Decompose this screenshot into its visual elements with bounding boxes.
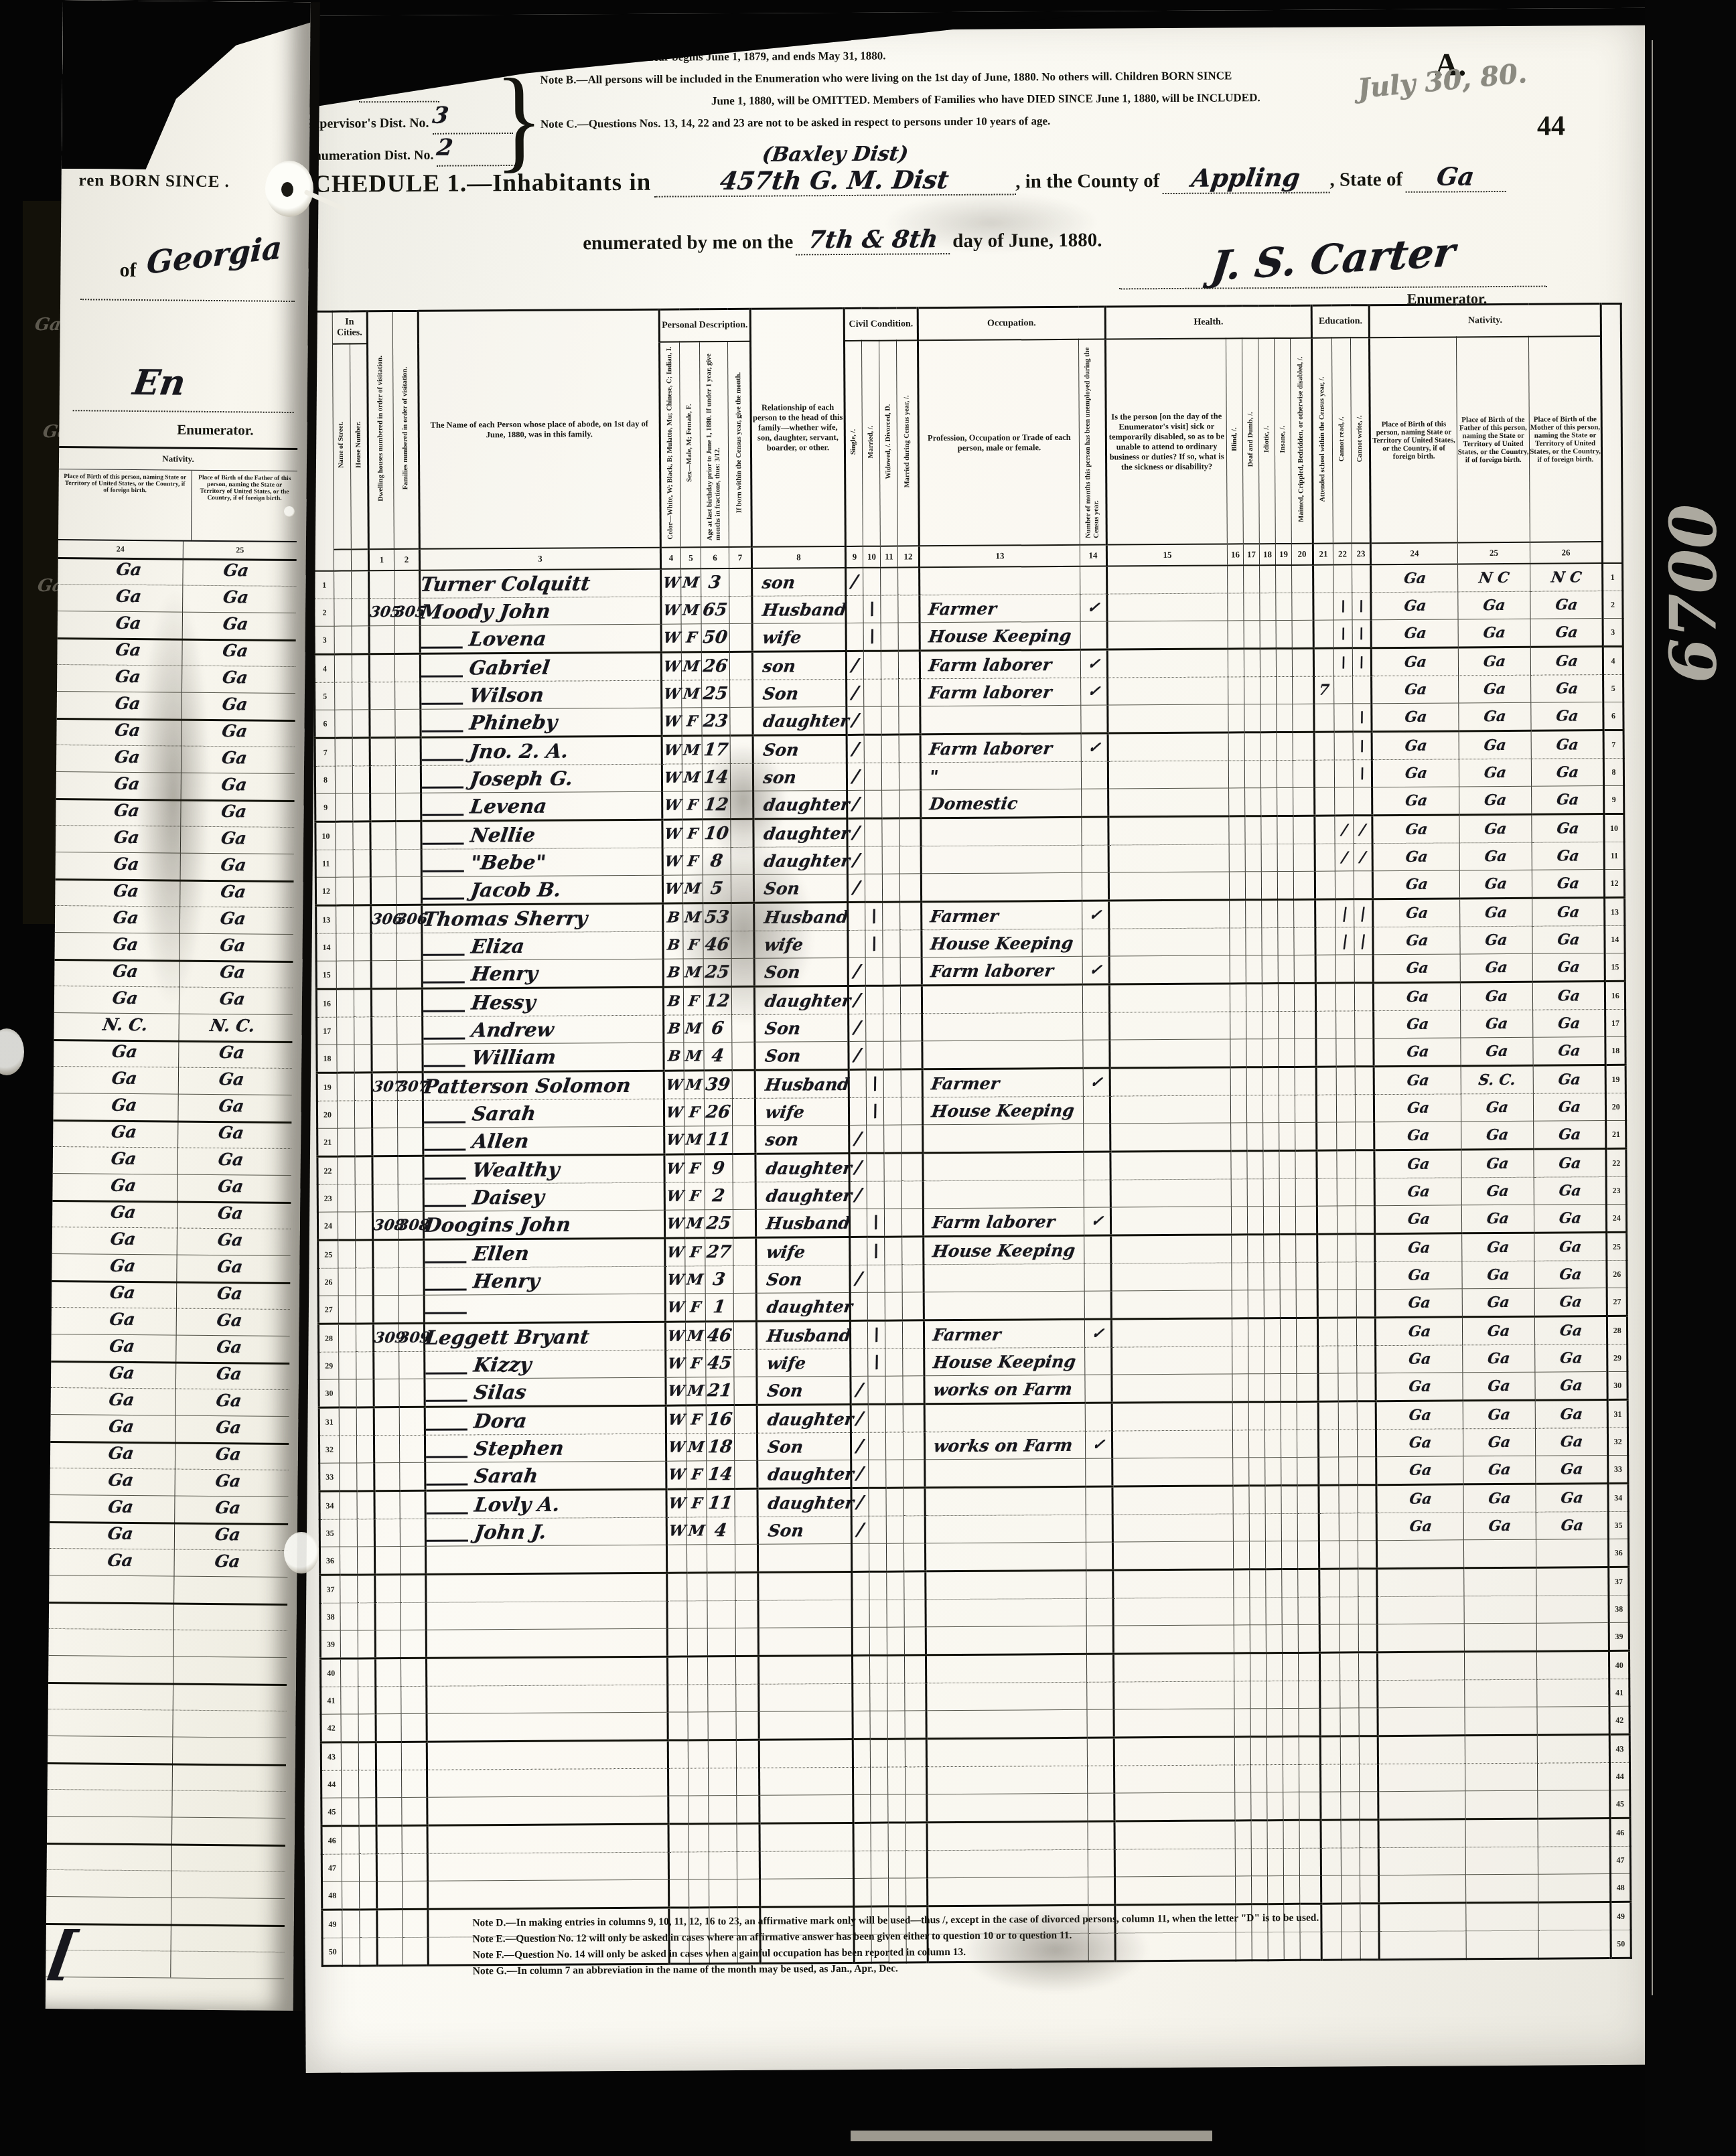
cell-color	[666, 1545, 686, 1573]
cell-widowed	[881, 623, 898, 651]
fragment-col-b-number: 25	[184, 541, 297, 559]
bp_person-handwriting: Ga	[1403, 708, 1428, 726]
cell-family	[399, 1267, 424, 1295]
row-number: 37	[1609, 1567, 1629, 1595]
cell-street	[342, 1798, 359, 1826]
cell-single	[849, 1069, 866, 1097]
cell-months_unemployed	[1085, 1347, 1112, 1375]
cell-married_year	[901, 1125, 923, 1153]
ditto-dash	[422, 786, 463, 788]
color-handwriting: W	[662, 685, 681, 702]
cell-cannot_write	[1359, 1652, 1378, 1681]
bp_mother-handwriting: Ga	[1559, 1460, 1584, 1478]
cell-single: /	[851, 1516, 869, 1543]
cell-name: Hessy	[422, 987, 663, 1016]
sex-handwriting: F	[689, 1355, 702, 1372]
name-handwriting: Levena	[469, 796, 548, 817]
cell-months_unemployed	[1080, 621, 1107, 649]
occupation-handwriting: Farmer	[922, 1073, 1001, 1093]
bp_mother-handwriting: Ga	[1559, 1405, 1584, 1423]
sex-handwriting: F	[691, 1494, 703, 1512]
cell-bp_mother	[1536, 1567, 1609, 1596]
cell-bp_person: Ga	[1376, 1456, 1463, 1485]
bp_father-handwriting: Ga	[1485, 1015, 1510, 1032]
enumeration-dist-value: 2	[435, 135, 455, 161]
cell-months_unemployed	[1088, 1877, 1115, 1905]
age-handwriting: 25	[705, 1213, 732, 1233]
name-handwriting: Eliza	[469, 936, 525, 957]
cell-bp_mother: Ga	[1534, 1261, 1607, 1289]
sex-handwriting: M	[686, 1271, 705, 1288]
cell-name	[427, 1740, 668, 1770]
cell-cannot_write	[1356, 1122, 1374, 1150]
cell-sickness	[1114, 1653, 1234, 1682]
cell-cannot_write	[1354, 787, 1372, 816]
cell-street	[337, 1101, 354, 1128]
cell-dwelling	[376, 1714, 401, 1742]
cell-months_unemployed	[1086, 1542, 1112, 1570]
cell-bp_mother	[1538, 1790, 1610, 1819]
row-number: 39	[1609, 1622, 1629, 1650]
cell-cannot_read	[1337, 1206, 1356, 1234]
cell-name: Henry	[424, 1266, 665, 1295]
single-handwriting: /	[851, 739, 861, 759]
cell-color: W	[664, 1210, 684, 1238]
cell-age: 46	[705, 1322, 733, 1350]
cell-bp_person: Ga	[1376, 1317, 1463, 1346]
fragment-birthplace-b: Ga	[217, 1067, 246, 1091]
cell-cannot_read	[1340, 1597, 1358, 1624]
cell-attended	[1318, 1373, 1338, 1401]
cell-idiotic	[1266, 1625, 1282, 1653]
cell-bp_mother: Ga	[1533, 1037, 1605, 1066]
cell-attended	[1320, 1681, 1340, 1708]
fragment-row: GaGa	[53, 1146, 291, 1176]
relationship-handwriting: daughter	[753, 710, 851, 730]
cell-street	[342, 1770, 359, 1798]
row-number: 29	[1607, 1344, 1627, 1371]
cell-idiotic	[1266, 1569, 1282, 1598]
row-number: 26	[1607, 1260, 1627, 1288]
cell-insane	[1283, 1708, 1299, 1736]
cell-bp_mother	[1538, 1819, 1610, 1847]
cell-insane	[1283, 1681, 1299, 1708]
cell-relationship	[758, 1571, 852, 1600]
single-handwriting: /	[856, 1492, 865, 1513]
cell-cannot_write	[1355, 1038, 1374, 1067]
age-handwriting: 18	[707, 1437, 733, 1457]
dotted-rule	[73, 410, 294, 413]
relationship-handwriting: daughter	[756, 1296, 854, 1316]
cell-street	[336, 933, 354, 961]
cell-months_unemployed	[1087, 1682, 1114, 1709]
cell-house	[359, 1854, 376, 1881]
cell-bp_mother: Ga	[1532, 982, 1605, 1010]
cell-color: W	[666, 1350, 686, 1377]
cell-color: W	[665, 1238, 685, 1266]
name-handwriting: William	[471, 1047, 558, 1068]
cell-relationship: Son	[755, 1041, 849, 1070]
sex-handwriting: M	[682, 741, 701, 759]
cell-house	[352, 599, 369, 626]
cell-bp_father: Ga	[1461, 1177, 1534, 1205]
sex-handwriting: M	[686, 1327, 705, 1344]
age-handwriting: 4	[713, 1521, 728, 1541]
cell-bp_person: Ga	[1372, 676, 1459, 704]
cell-deaf	[1248, 1346, 1264, 1374]
cell-married_year	[904, 1627, 926, 1655]
cell-married: \	[867, 1237, 885, 1265]
cell-relationship: son	[752, 651, 846, 680]
column-number-family: 2	[394, 549, 419, 570]
fragment-birthplace-b: Ga	[216, 1174, 245, 1199]
cell-sickness	[1108, 844, 1229, 872]
census-schedule-page: [7-296.] A. July 30, 80. 44 Page No. 37 …	[293, 8, 1660, 2073]
cell-married_year	[903, 1488, 925, 1516]
cell-born_month	[733, 1237, 756, 1265]
cell-married	[870, 1683, 887, 1711]
cell-married	[870, 1655, 887, 1683]
cell-widowed	[882, 818, 899, 846]
cell-maimed	[1295, 1178, 1317, 1206]
married-handwriting: \	[867, 599, 877, 619]
cell-married_year	[905, 1739, 926, 1767]
row-number: 2	[1603, 591, 1623, 618]
cell-cannot_write	[1358, 1513, 1376, 1541]
cell-cannot_write: \	[1353, 760, 1372, 787]
cell-widowed	[887, 1571, 904, 1600]
cell-deaf	[1251, 1792, 1267, 1821]
column-number-maimed: 20	[1291, 544, 1313, 565]
cell-bp_person: Ga	[1373, 899, 1460, 927]
cell-sex	[688, 1740, 708, 1768]
single-handwriting: /	[853, 961, 862, 982]
cell-color: W	[661, 568, 681, 597]
cell-cannot_read	[1334, 760, 1353, 787]
cell-single	[853, 1683, 870, 1711]
cell-bp_person: Ga	[1371, 592, 1458, 620]
cell-sex: F	[681, 624, 701, 652]
occupation-handwriting: Farm laborer	[920, 682, 1053, 702]
cell-sex	[689, 1768, 709, 1796]
cell-blind	[1230, 1095, 1246, 1123]
name-handwriting: Dora	[473, 1411, 528, 1432]
bp_mother-handwriting: Ga	[1559, 1377, 1583, 1394]
bp_mother-handwriting: Ga	[1556, 903, 1581, 921]
single-handwriting: /	[851, 710, 861, 730]
row-number: 8	[315, 766, 335, 793]
cell-occupation: works on Farm	[924, 1431, 1085, 1459]
cell-widowed	[881, 706, 899, 735]
cell-blind	[1234, 1598, 1250, 1625]
cell-relationship: daughter	[755, 1153, 849, 1182]
cell-insane	[1282, 1597, 1298, 1624]
cell-maimed	[1294, 983, 1315, 1011]
cell-insane	[1277, 871, 1293, 899]
cell-maimed	[1299, 1820, 1321, 1848]
cell-cannot_read	[1337, 1122, 1356, 1150]
fragment-birthplace-b: Ga	[216, 1201, 245, 1225]
cell-born_month	[734, 1433, 757, 1460]
fragment-row: GaGa	[50, 1468, 289, 1497]
cell-maimed	[1298, 1541, 1319, 1569]
cell-blind	[1234, 1541, 1250, 1569]
cell-cannot_write	[1360, 1792, 1378, 1820]
cell-married_year	[898, 651, 920, 679]
cell-relationship: wife	[755, 1097, 849, 1126]
cell-family	[398, 1156, 423, 1184]
cell-house	[353, 793, 370, 822]
cell-months_unemployed	[1082, 845, 1108, 872]
row-number: 22	[317, 1156, 338, 1184]
cell-house	[354, 989, 371, 1017]
cell-attended	[1317, 1178, 1337, 1206]
cell-bp_person: Ga	[1372, 787, 1459, 816]
cell-sickness	[1107, 649, 1228, 678]
column-number-blind: 16	[1227, 544, 1243, 565]
cell-blind	[1232, 1430, 1248, 1458]
relationship-handwriting: daughter	[757, 1464, 855, 1484]
row-number: 2	[314, 599, 334, 626]
cell-born_month	[737, 1851, 759, 1879]
cell-color	[668, 1768, 689, 1796]
cell-sex: M	[684, 1126, 705, 1154]
cell-blind	[1228, 704, 1244, 733]
cell-bp_mother: Ga	[1532, 786, 1604, 815]
cell-sickness	[1107, 593, 1228, 621]
cell-bp_person: Ga	[1376, 1373, 1463, 1401]
cell-house	[353, 850, 370, 877]
color-handwriting: W	[666, 1215, 684, 1232]
bp_father-handwriting: Ga	[1484, 820, 1508, 838]
cell-sex: M	[686, 1517, 707, 1545]
cell-street	[334, 626, 352, 654]
cell-insane	[1281, 1485, 1297, 1513]
sex-handwriting: F	[689, 1243, 701, 1261]
cell-age	[709, 1879, 737, 1908]
cell-age: 14	[707, 1461, 735, 1489]
cell-cannot_read	[1336, 1011, 1355, 1038]
bp_person-handwriting: Ga	[1404, 932, 1429, 949]
cell-dwelling	[377, 1938, 403, 1966]
relationship-handwriting: Son	[755, 1046, 802, 1065]
cell-married_year	[905, 1683, 926, 1711]
bp_person-handwriting: Ga	[1404, 876, 1429, 893]
cell-bp_mother	[1537, 1735, 1609, 1764]
cell-sex: M	[686, 1377, 706, 1405]
cell-months_unemployed	[1081, 761, 1108, 789]
cell-bp_mother: N C	[1530, 563, 1603, 591]
cell-street	[338, 1268, 356, 1296]
bp_mother-handwriting: Ga	[1557, 1042, 1581, 1059]
ditto-dash	[422, 730, 463, 732]
bp_mother-handwriting: Ga	[1557, 1071, 1582, 1088]
cell-attended	[1321, 1875, 1342, 1904]
row-number: 31	[319, 1407, 339, 1436]
cell-street	[342, 1881, 360, 1910]
cell-bp_mother	[1538, 1930, 1611, 1959]
cell-name: Sarah	[425, 1461, 666, 1490]
cell-insane	[1279, 1122, 1295, 1150]
cell-cannot_write	[1358, 1569, 1377, 1597]
cell-married_year	[906, 1767, 927, 1794]
cell-cannot_read	[1337, 1234, 1356, 1262]
cell-house	[358, 1714, 376, 1742]
cell-name: Eliza	[422, 931, 663, 960]
cell-bp_mother: Ga	[1531, 759, 1603, 787]
cell-single: /	[849, 1041, 866, 1069]
stain	[674, 836, 816, 1024]
cannot_read-handwriting: \	[1340, 653, 1348, 671]
cell-color: W	[664, 1099, 684, 1126]
cell-months_unemployed	[1082, 984, 1109, 1012]
cell-family	[401, 1658, 427, 1686]
cell-months_unemployed	[1088, 1849, 1114, 1877]
cell-cannot_write	[1356, 1095, 1374, 1122]
cell-insane	[1281, 1457, 1297, 1485]
cell-relationship	[759, 1823, 853, 1851]
cell-attended	[1321, 1764, 1341, 1792]
cell-bp_mother: Ga	[1532, 898, 1605, 927]
cell-single: /	[847, 874, 865, 902]
cell-age: 26	[701, 652, 729, 680]
ditto-dash	[425, 1261, 466, 1263]
attended-handwriting: 7	[1318, 682, 1331, 699]
cell-family	[395, 737, 421, 765]
sex-handwriting: M	[683, 769, 702, 786]
cell-age: 39	[704, 1071, 732, 1099]
cell-bp_person: Ga	[1373, 954, 1460, 983]
fragment-birthplace-a: Ga	[108, 1334, 137, 1359]
cell-cannot_read	[1338, 1401, 1357, 1430]
cell-bp_father: Ga	[1459, 730, 1531, 759]
fragment-row	[48, 1709, 286, 1738]
cell-occupation: House Keeping	[922, 1096, 1083, 1124]
cell-attended	[1321, 1848, 1341, 1875]
cell-deaf	[1245, 872, 1261, 900]
cell-attended	[1319, 1597, 1340, 1624]
cell-occupation	[923, 1180, 1084, 1208]
cell-cannot_write	[1356, 1262, 1375, 1290]
fragment-birthplace-b: Ga	[215, 1308, 244, 1332]
bp_person-handwriting: Ga	[1405, 1016, 1430, 1033]
bp_mother-handwriting: Ga	[1558, 1209, 1583, 1227]
row-number: 23	[317, 1184, 338, 1212]
cell-months_unemployed	[1081, 705, 1108, 733]
cell-family	[399, 1239, 424, 1267]
name-handwriting: Ellen	[472, 1243, 530, 1264]
age-handwriting: 3	[708, 572, 723, 593]
cell-bp_person	[1378, 1680, 1465, 1708]
occupation-handwriting: works on Farm	[924, 1435, 1074, 1455]
cell-house	[354, 933, 371, 961]
relationship-handwriting: daughter	[757, 1409, 855, 1429]
cell-age: 21	[706, 1377, 734, 1405]
color-handwriting: W	[665, 1076, 684, 1093]
fragment-birthplace-b: Ga	[220, 799, 248, 824]
cell-bp_person	[1378, 1819, 1465, 1848]
cell-sex: F	[682, 820, 703, 848]
ditto-dash	[422, 814, 463, 816]
fragment-birthplace-a: Ga	[114, 611, 143, 635]
cell-blind	[1229, 788, 1245, 816]
cannot_read-handwriting: /	[1340, 821, 1348, 838]
age-handwriting: 45	[707, 1353, 733, 1373]
color-handwriting: W	[667, 1466, 686, 1483]
name-handwriting: Daisey	[472, 1187, 546, 1208]
cell-bp_person: Ga	[1374, 1038, 1461, 1067]
district-superscript: (Baxley Dist)	[761, 142, 910, 166]
cell-sickness	[1108, 788, 1229, 817]
fragment-row: GaGa	[51, 1387, 289, 1417]
sex-handwriting: M	[682, 685, 701, 702]
cell-widowed	[884, 1181, 901, 1209]
cell-cannot_read	[1340, 1652, 1359, 1681]
cell-street	[336, 793, 353, 822]
cell-bp_person	[1377, 1568, 1464, 1597]
bp_person-handwriting: Ga	[1404, 765, 1429, 782]
cell-maimed	[1293, 732, 1314, 760]
cell-married_year	[899, 790, 921, 818]
row-number: 44	[321, 1770, 342, 1798]
fragment-row: GaGa	[50, 1414, 289, 1445]
single-handwriting: /	[853, 1018, 863, 1038]
column-header-months_unemployed: Number of months this person has been un…	[1079, 339, 1107, 545]
row-number: 39	[320, 1630, 340, 1659]
cell-sex: M	[684, 1043, 704, 1071]
cannot_write-handwriting: /	[1359, 821, 1367, 838]
cell-cannot_write: \	[1353, 704, 1372, 732]
fragment-birthplace-a: Ga	[108, 1361, 137, 1385]
cell-married	[869, 1543, 886, 1571]
cell-dwelling	[369, 654, 394, 682]
cell-name: Turner Colquitt	[420, 569, 661, 599]
ditto-dash	[421, 646, 463, 648]
cell-street	[340, 1491, 357, 1519]
age-handwriting: 27	[706, 1242, 733, 1262]
cell-born_month	[737, 1768, 759, 1795]
cell-house	[354, 1073, 372, 1101]
cell-deaf	[1244, 677, 1260, 704]
row-number: 22	[1606, 1148, 1626, 1176]
cell-insane	[1278, 899, 1294, 927]
cell-married: \	[863, 595, 881, 623]
cell-born_month	[735, 1628, 758, 1656]
cell-sickness	[1110, 1039, 1230, 1068]
cell-street	[342, 1938, 360, 1966]
column-number-married: 10	[863, 546, 880, 568]
cell-attended	[1316, 1011, 1336, 1038]
row-number: 3	[314, 626, 334, 654]
row-number: 40	[1609, 1650, 1630, 1679]
cell-name	[426, 1628, 667, 1658]
fragment-row: GaGa	[52, 1253, 290, 1284]
state-label: , State of	[1329, 169, 1402, 191]
cell-name: Phineby	[421, 708, 662, 737]
name-handwriting: Sarah	[471, 1103, 537, 1124]
cell-sickness	[1109, 900, 1230, 929]
cell-maimed	[1294, 927, 1315, 955]
cell-months_unemployed	[1082, 872, 1108, 901]
row-number: 28	[1607, 1316, 1627, 1344]
fragment-row: GaGa	[52, 1307, 290, 1336]
row-number: 38	[1609, 1595, 1629, 1622]
cell-born_month	[729, 596, 752, 623]
name-handwriting: Henry	[472, 1271, 541, 1292]
cell-name: Gabriel	[420, 652, 661, 682]
cell-idiotic	[1268, 1876, 1284, 1904]
cell-insane	[1281, 1401, 1297, 1430]
